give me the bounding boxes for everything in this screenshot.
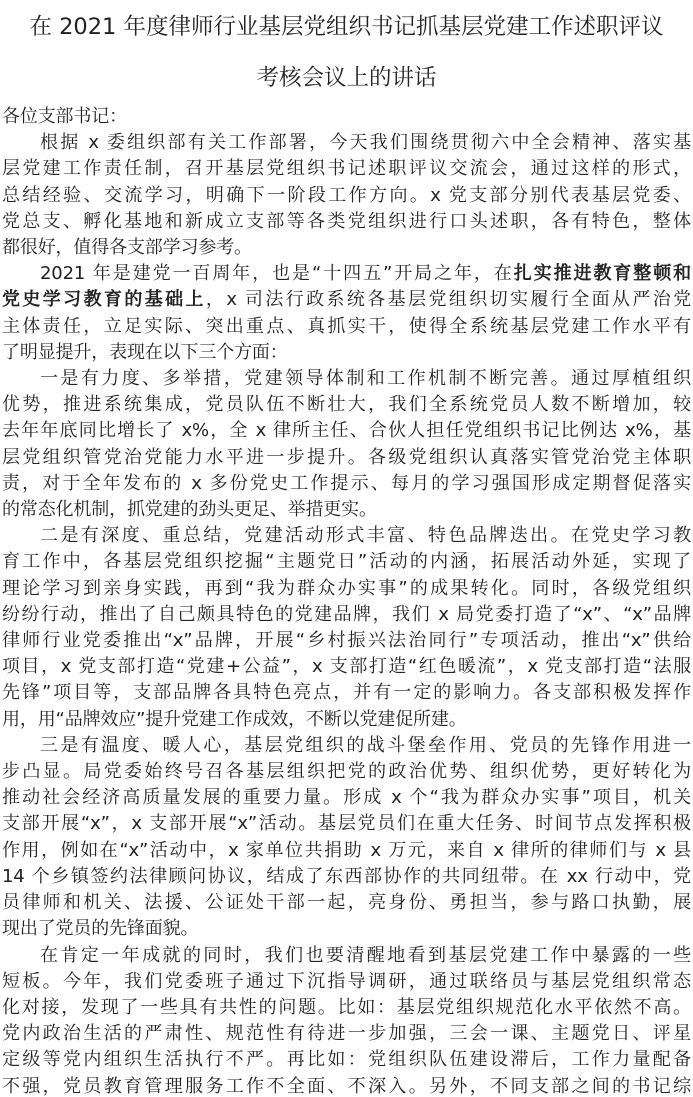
document-body: 各位支部书记： 根据 x 委组织部有关工作部署，今天我们围绕贯彻六中全会精神、落… bbox=[0, 104, 693, 1097]
text-line: 党内政治生活的严肃性、规范性有待进一步加强，三会一课、主题党日、评星 bbox=[2, 1021, 691, 1047]
paragraph-2: 2021 年是建党一百周年，也是“十四五”开局之年，在扎实推进教育整顿和 党史学… bbox=[2, 261, 691, 366]
document-title: 在 2021 年度律师行业基层党组织书记抓基层党建工作述职评议 考核会议上的讲话 bbox=[0, 0, 693, 104]
text-line: 步凸显。局党委始终号召各基层组织把党的政治优势、组织优势，更好转化为 bbox=[2, 759, 691, 785]
text-line: 员律师和机关、法援、公证处干部一起，亮身份、勇担当，参与路口执勤，展 bbox=[2, 890, 691, 916]
title-line-1: 在 2021 年度律师行业基层党组织书记抓基层党建工作述职评议 bbox=[0, 2, 693, 53]
salutation: 各位支部书记： bbox=[2, 104, 691, 130]
text-line: 律师行业党委推出“x”品牌，开展“乡村振兴法治同行”专项活动，推出“x”供给 bbox=[2, 628, 691, 654]
paragraph-6: 在肯定一年成就的同时，我们也要清醒地看到基层党建工作中暴露的一些 短板。今年，我… bbox=[2, 943, 691, 1097]
text-line: 短板。今年，我们党委班子通过下沉指导调研，通过联络员与基层党组织常态 bbox=[2, 969, 691, 995]
text-span: ，x 司法行政系统各基层党组织切实履行全面从严治党 bbox=[206, 289, 691, 310]
text-line: 主体责任，立足实际、突出重点、真抓实干，使得全系统基层党建工作水平有 bbox=[2, 314, 691, 340]
text-line: 14 个乡镇签约法律顾问协议，结成了东西部协作的共同纽带。在 xx 行动中，党 bbox=[2, 864, 691, 890]
text-line: 二是有深度、重总结，党建活动形式丰富、特色品牌迭出。在党史学习教 bbox=[2, 523, 691, 549]
text-line: 2021 年是建党一百周年，也是“十四五”开局之年，在扎实推进教育整顿和 bbox=[2, 261, 691, 287]
text-line: 化对接，发现了一些具有共性的问题。比如：基层党组织规范化水平依然不高。 bbox=[2, 995, 691, 1021]
text-line: 理论学习到亲身实践，再到“我为群众办实事”的成果转化。同时，各级党组织 bbox=[2, 576, 691, 602]
text-line: 三是有温度、暖人心，基层党组织的战斗堡垒作用、党员的先锋作用进一 bbox=[2, 733, 691, 759]
text-line: 都很好，值得各支部学习参考。 bbox=[2, 235, 691, 261]
text-line: 去年年底同比增长了 x%，全 x 律所主任、合伙人担任党组织书记比例达 x%，基 bbox=[2, 418, 691, 444]
text-line: 先锋”项目等，支部品牌各具特色亮点，并有一定的影响力。各支部积极发挥作 bbox=[2, 680, 691, 706]
bold-text-span: 党史学习教育的基础上 bbox=[2, 289, 206, 310]
text-line: 纷纷行动，推出了自己颇具特色的党建品牌，我们 x 局党委打造了“x”、“x”品牌 bbox=[2, 602, 691, 628]
text-line: 项目，x 党支部打造“党建+公益”，x 支部打造“红色暖流”，x 党支部打造“法… bbox=[2, 654, 691, 680]
text-line: 层党组织管党治党能力水平进一步提升。各级党组织认真落实管党治党主体职 bbox=[2, 445, 691, 471]
text-line: 优势，推进系统集成，党员队伍不断壮大，我们全系统党员人数不断增加，较 bbox=[2, 392, 691, 418]
text-span: 2021 年是建党一百周年，也是“十四五”开局之年，在 bbox=[40, 263, 514, 284]
bold-text-span: 扎实推进教育整顿和 bbox=[514, 263, 691, 284]
paragraph-5: 三是有温度、暖人心，基层党组织的战斗堡垒作用、党员的先锋作用进一 步凸显。局党委… bbox=[2, 733, 691, 943]
text-line: 党史学习教育的基础上，x 司法行政系统各基层党组织切实履行全面从严治党 bbox=[2, 287, 691, 313]
text-line: 责，对于全年发布的 x 多份党史工作提示、每月的学习强国形成定期督促落实 bbox=[2, 471, 691, 497]
text-line: 不强，党员教育管理服务工作不全面、不深入。另外，不同支部之间的书记综 bbox=[2, 1074, 691, 1097]
paragraph-3: 一是有力度、多举措，党建领导体制和工作机制不断完善。通过厚植组织 优势，推进系统… bbox=[2, 366, 691, 523]
paragraph-1: 根据 x 委组织部有关工作部署，今天我们围绕贯彻六中全会精神、落实基 层党建工作… bbox=[2, 130, 691, 261]
text-line: 推动社会经济高质量发展的重要力量。形成 x 个“我为群众办实事”项目，机关 bbox=[2, 785, 691, 811]
text-line: 层党建工作责任制，召开基层党组织书记述职评议交流会，通过这样的形式， bbox=[2, 156, 691, 182]
text-line: 育工作中，各基层党组织挖掘“主题党日”活动的内涵，拓展活动外延，实现了 bbox=[2, 549, 691, 575]
title-line-2: 考核会议上的讲话 bbox=[0, 53, 693, 104]
text-line: 根据 x 委组织部有关工作部署，今天我们围绕贯彻六中全会精神、落实基 bbox=[2, 130, 691, 156]
text-line: 作用，例如在“x”活动中，x 家单位共捐助 x 万元，来自 x 律所的律师们与 … bbox=[2, 838, 691, 864]
text-line: 现出了党员的先锋面貌。 bbox=[2, 916, 691, 942]
text-line: 的常态化机制，抓党建的劲头更足、举措更实。 bbox=[2, 497, 691, 523]
text-line: 在肯定一年成就的同时，我们也要清醒地看到基层党建工作中暴露的一些 bbox=[2, 943, 691, 969]
text-line: 总结经验、交流学习，明确下一阶段工作方向。x 党支部分别代表基层党委、 bbox=[2, 183, 691, 209]
text-line: 了明显提升，表现在以下三个方面： bbox=[2, 340, 691, 366]
text-line: 支部开展“x”，x 支部开展“x”活动。基层党员们在重大任务、时间节点发挥积极 bbox=[2, 811, 691, 837]
text-line: 一是有力度、多举措，党建领导体制和工作机制不断完善。通过厚植组织 bbox=[2, 366, 691, 392]
text-line: 定级等党内组织生活执行不严。再比如：党组织队伍建设滞后，工作力量配备 bbox=[2, 1047, 691, 1073]
paragraph-4: 二是有深度、重总结，党建活动形式丰富、特色品牌迭出。在党史学习教 育工作中，各基… bbox=[2, 523, 691, 733]
text-line: 用，用“品牌效应”提升党建工作成效，不断以党建促所建。 bbox=[2, 707, 691, 733]
text-line: 党总支、孵化基地和新成立支部等各类党组织进行口头述职，各有特色，整体 bbox=[2, 209, 691, 235]
